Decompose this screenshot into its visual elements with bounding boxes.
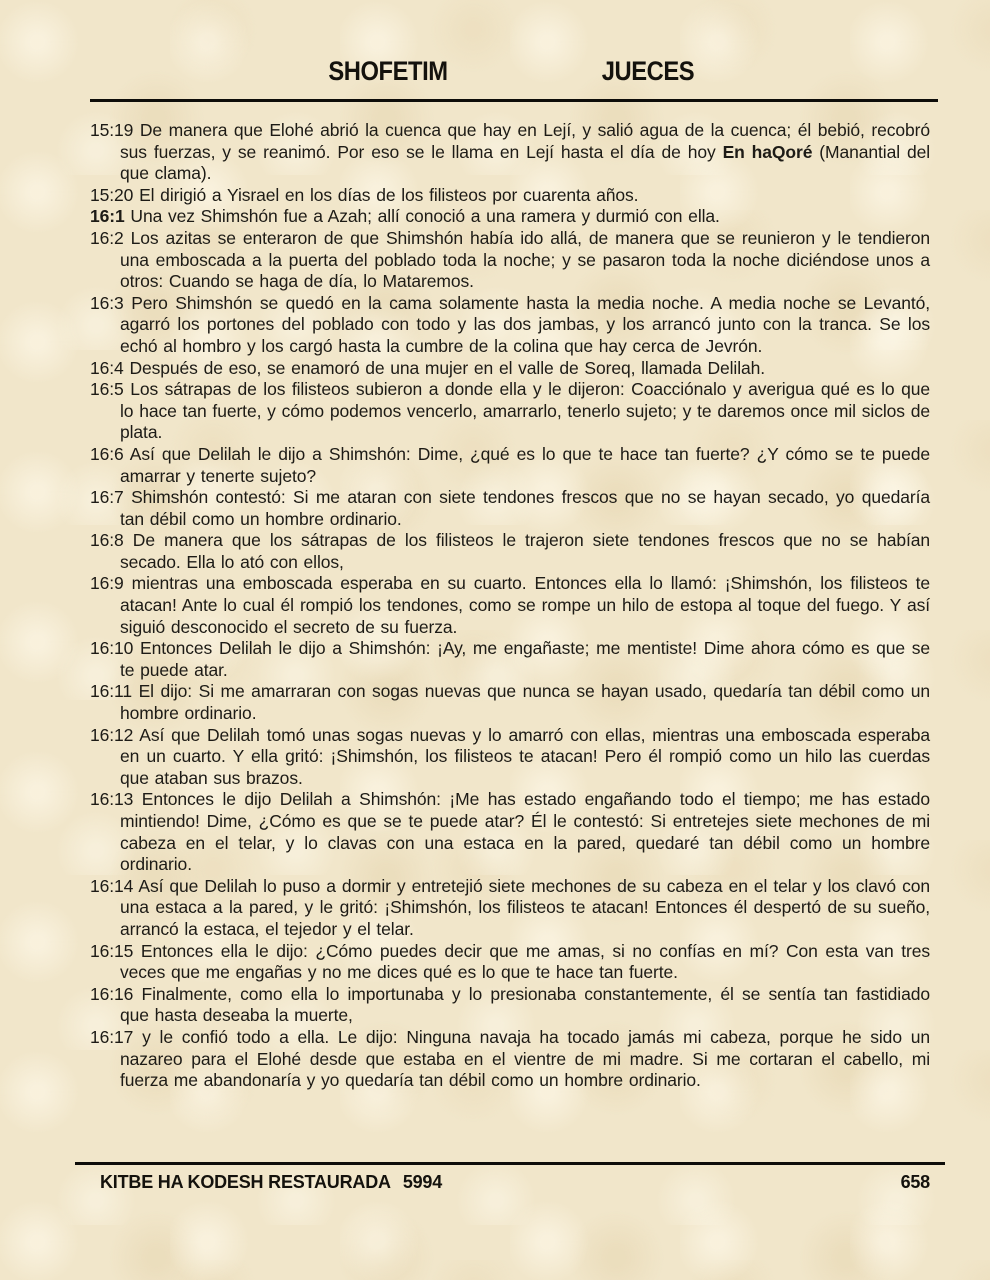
- verse-number: 16:1: [90, 206, 125, 226]
- verse: 16:15 Entonces ella le dijo: ¿Cómo puede…: [90, 941, 930, 984]
- verse: 16:4 Después de eso, se enamoró de una m…: [90, 358, 930, 380]
- verse-number: 15:19: [90, 120, 133, 140]
- verse-number: 16:7: [90, 487, 124, 507]
- footer-book-title: KITBE HA KODESH RESTAURADA5994: [100, 1172, 442, 1193]
- footer-rule: [75, 1162, 945, 1165]
- verse-text: El dijo: Si me amarraran con sogas nueva…: [120, 681, 930, 723]
- footer-year: 5994: [403, 1172, 442, 1192]
- verse: 16:3 Pero Shimshón se quedó en la cama s…: [90, 293, 930, 358]
- verse-number: 16:2: [90, 228, 124, 248]
- verse: 16:11 El dijo: Si me amarraran con sogas…: [90, 681, 930, 724]
- verse-number: 16:3: [90, 293, 124, 313]
- verse-number: 16:6: [90, 444, 124, 464]
- verse-number: 16:16: [90, 984, 133, 1004]
- verse-number: 16:4: [90, 358, 124, 378]
- verse-number: 16:12: [90, 725, 133, 745]
- verse-text: Así que Delilah tomó unas sogas nuevas y…: [120, 725, 930, 788]
- verse: 16:13 Entonces le dijo Delilah a Shimshó…: [90, 789, 930, 875]
- verse: 16:9 mientras una emboscada esperaba en …: [90, 573, 930, 638]
- verse-number: 16:15: [90, 941, 133, 961]
- verse: 16:8 De manera que los sátrapas de los f…: [90, 530, 930, 573]
- verse: 16:2 Los azitas se enteraron de que Shim…: [90, 228, 930, 293]
- verse-number: 16:14: [90, 876, 133, 896]
- verse-text: mientras una emboscada esperaba en su cu…: [120, 573, 930, 636]
- verse: 16:12 Así que Delilah tomó unas sogas nu…: [90, 725, 930, 790]
- verse-text: Entonces le dijo Delilah a Shimshón: ¡Me…: [120, 789, 930, 874]
- verse-text: Pero Shimshón se quedó en la cama solame…: [120, 293, 930, 356]
- scripture-page: SHOFETIM JUECES 15:19 De manera que Eloh…: [0, 0, 990, 1280]
- verse-text: Así que Delilah le dijo a Shimshón: Dime…: [120, 444, 930, 486]
- verse-number: 16:11: [90, 681, 132, 701]
- verse-number: 16:5: [90, 379, 124, 399]
- verse: 16:10 Entonces Delilah le dijo a Shimshó…: [90, 638, 930, 681]
- verse-text: Una vez Shimshón fue a Azah; allí conoci…: [130, 206, 719, 226]
- verse-number: 15:20: [90, 185, 133, 205]
- verse-list: 15:19 De manera que Elohé abrió la cuenc…: [90, 120, 930, 1092]
- verse-text: Shimshón contestó: Si me ataran con siet…: [120, 487, 930, 529]
- footer-title-text: KITBE HA KODESH RESTAURADA: [100, 1172, 391, 1192]
- verse: 16:1 Una vez Shimshón fue a Azah; allí c…: [90, 206, 930, 228]
- verse: 16:17 y le confió todo a ella. Le dijo: …: [90, 1027, 930, 1092]
- verse-number: 16:17: [90, 1027, 133, 1047]
- verse: 16:7 Shimshón contestó: Si me ataran con…: [90, 487, 930, 530]
- verse-number: 16:13: [90, 789, 133, 809]
- verse-number: 16:8: [90, 530, 124, 550]
- header-rule: [90, 99, 938, 102]
- verse: 16:6 Así que Delilah le dijo a Shimshón:…: [90, 444, 930, 487]
- verse-text: Finalmente, como ella lo importunaba y l…: [120, 984, 930, 1026]
- verse-text: Entonces Delilah le dijo a Shimshón: ¡Ay…: [120, 638, 930, 680]
- header-title-hebrew: SHOFETIM: [328, 56, 447, 87]
- verse: 16:16 Finalmente, como ella lo importuna…: [90, 984, 930, 1027]
- verse-bold-text: En haQoré: [723, 142, 813, 162]
- verse-text: Los sátrapas de los filisteos subieron a…: [120, 379, 930, 442]
- verse-text: El dirigió a Yisrael en los días de los …: [139, 185, 638, 205]
- verse: 15:19 De manera que Elohé abrió la cuenc…: [90, 120, 930, 185]
- header-title-spanish: JUECES: [602, 56, 694, 87]
- verse-text: Los azitas se enteraron de que Shimshón …: [120, 228, 930, 291]
- verse-text: De manera que los sátrapas de los filist…: [120, 530, 930, 572]
- verse-text: Después de eso, se enamoró de una mujer …: [129, 358, 765, 378]
- verse-number: 16:10: [90, 638, 133, 658]
- verse: 16:14 Así que Delilah lo puso a dormir y…: [90, 876, 930, 941]
- footer-page-number: 658: [901, 1172, 930, 1193]
- verse-text: Así que Delilah lo puso a dormir y entre…: [120, 876, 930, 939]
- verse: 16:5 Los sátrapas de los filisteos subie…: [90, 379, 930, 444]
- verse-text: Entonces ella le dijo: ¿Cómo puedes deci…: [120, 941, 930, 983]
- verse-text: y le confió todo a ella. Le dijo: Ningun…: [120, 1027, 930, 1090]
- verse-number: 16:9: [90, 573, 124, 593]
- verse: 15:20 El dirigió a Yisrael en los días d…: [90, 185, 930, 207]
- footer: KITBE HA KODESH RESTAURADA5994 658: [100, 1172, 930, 1193]
